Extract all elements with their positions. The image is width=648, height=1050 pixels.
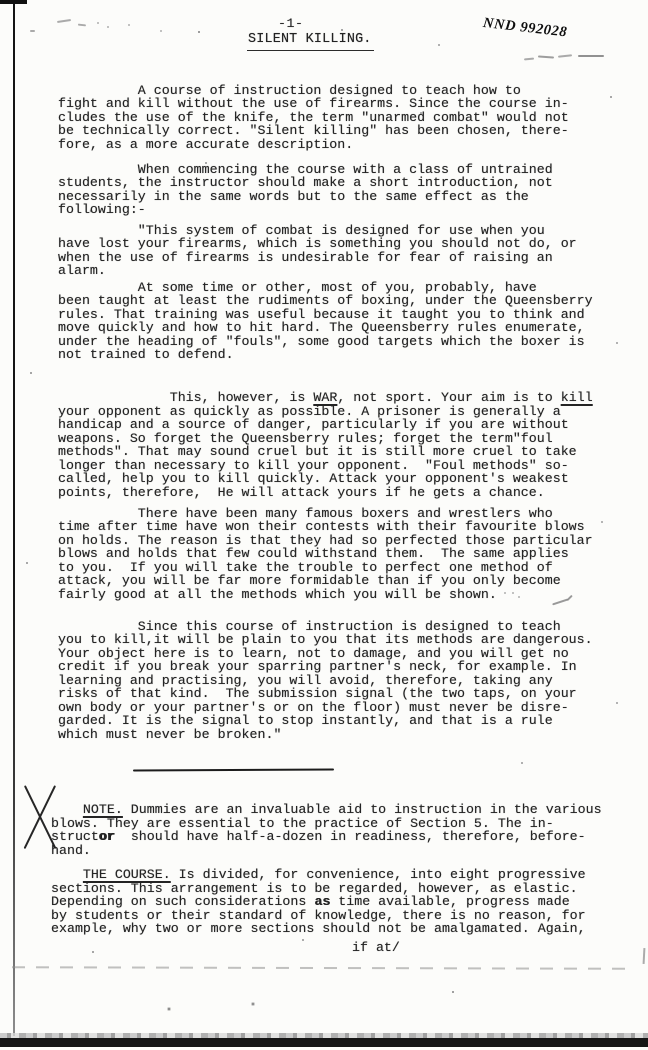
pencil-mark bbox=[524, 58, 534, 60]
pencil-mark bbox=[107, 26, 109, 28]
paragraph-text: should have half-a-dozen in readiness, t… bbox=[51, 829, 586, 857]
pencil-mark bbox=[30, 30, 35, 32]
underlined-word-kill: kill bbox=[561, 390, 593, 405]
pencil-mark bbox=[57, 19, 71, 23]
declassification-stamp: NND 992028 bbox=[482, 15, 568, 41]
pencil-mark bbox=[504, 592, 506, 594]
pencil-mark bbox=[160, 30, 162, 32]
scan-corner-blot bbox=[0, 0, 27, 4]
paragraph: There have been many famous boxers and w… bbox=[58, 507, 636, 601]
scanned-document-page: -1- SILENT KILLING. NND 992028 A course … bbox=[0, 0, 648, 1050]
paragraph: At some time or other, most of you, prob… bbox=[58, 281, 636, 362]
pencil-mark bbox=[518, 596, 520, 598]
paragraph: This, however, is WAR, not sport. Your a… bbox=[58, 378, 636, 513]
pencil-mark bbox=[538, 55, 554, 58]
scan-dashed-line bbox=[12, 966, 632, 969]
scan-noise-specks bbox=[0, 0, 2, 2]
pencil-mark bbox=[558, 54, 572, 57]
course-paragraph: THE COURSE. Is divided, for convenience,… bbox=[51, 855, 629, 949]
pencil-mark bbox=[78, 24, 86, 26]
overtyped-correction: or bbox=[99, 829, 115, 844]
scan-edge-line bbox=[13, 0, 15, 1036]
paragraph: When commencing the course with a class … bbox=[58, 163, 636, 217]
paragraph: Since this course of instruction is desi… bbox=[58, 620, 636, 741]
pencil-mark bbox=[97, 22, 99, 24]
pencil-mark bbox=[578, 55, 604, 57]
bottom-scan-band bbox=[0, 1038, 648, 1047]
section-divider bbox=[133, 768, 334, 771]
paragraph: A course of instruction designed to teac… bbox=[58, 84, 636, 151]
scan-edge-tick bbox=[643, 948, 646, 964]
paragraph: "This system of combat is designed for u… bbox=[58, 224, 636, 278]
paragraph-text: your opponent as quickly as possible. A … bbox=[58, 404, 577, 500]
page-number: -1- bbox=[278, 16, 303, 31]
catchword: if at/ bbox=[352, 941, 400, 954]
document-title: SILENT KILLING. bbox=[247, 32, 374, 51]
pencil-mark bbox=[128, 24, 130, 26]
pencil-mark bbox=[512, 592, 514, 594]
